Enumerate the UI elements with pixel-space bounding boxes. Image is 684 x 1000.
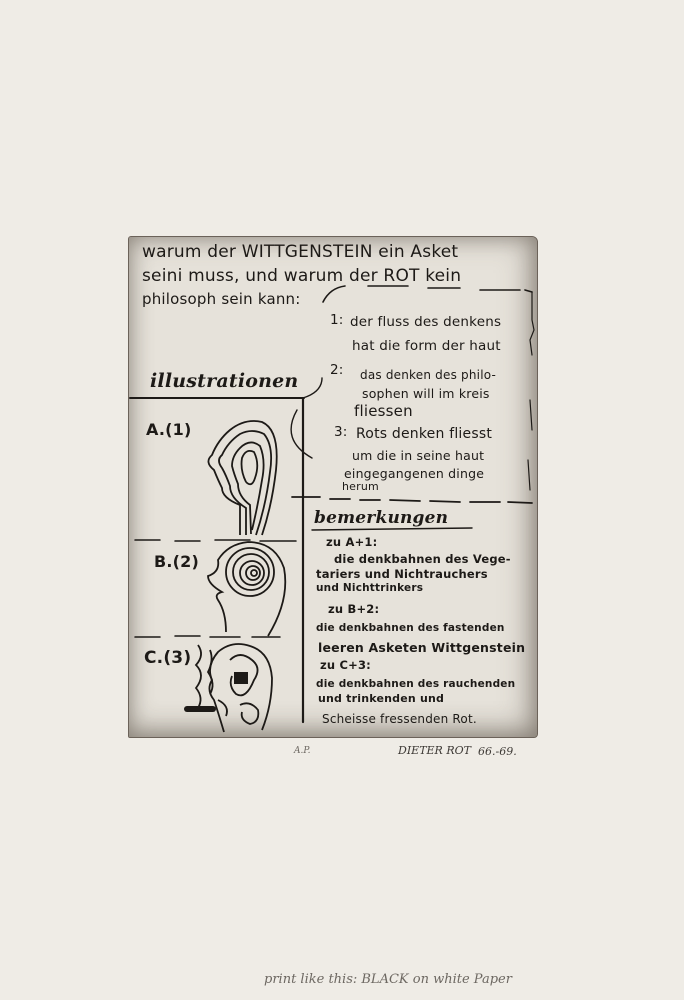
drawing-linework: [0, 0, 684, 1000]
head-a-contour-icon: [208, 421, 276, 535]
head-c-dark-mass-icon: [234, 672, 248, 684]
cigarette-icon: [184, 706, 216, 712]
head-b-spiral-icon: [208, 542, 285, 636]
head-c-chaotic-icon: [196, 644, 272, 732]
